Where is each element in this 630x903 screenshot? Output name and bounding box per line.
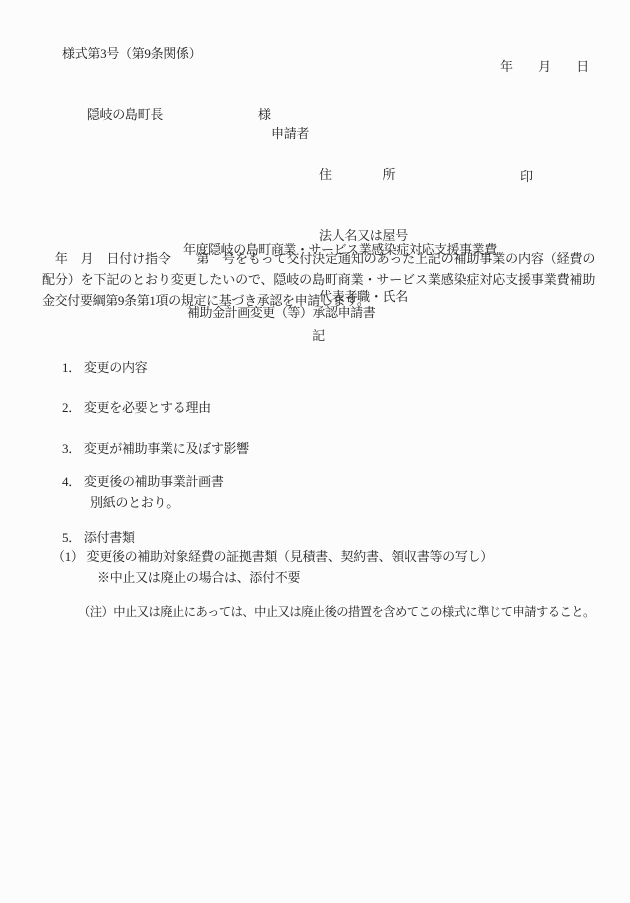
form-number: 様式第3号（第9条関係） (62, 44, 201, 64)
addressee-line: 隠岐の島町長様 (75, 85, 271, 145)
attachment-exemption-note: ※中止又は廃止の場合は、添付不要 (97, 568, 300, 588)
addressee-honorific: 様 (258, 107, 271, 122)
list-item-3-impact: 3． 変更が補助事業に及ぼす影響 (62, 439, 249, 459)
list-item-1-change-content: 1． 変更の内容 (62, 358, 147, 378)
date-line: 年 月 日 (500, 57, 589, 77)
applicant-label: 申請者 (271, 124, 309, 144)
document-page: 様式第3号（第9条関係） 年 月 日 隠岐の島町長様 申請者 住 所 法人名又は… (0, 0, 630, 903)
list-item-4-sub-note: 別紙のとおり。 (90, 493, 179, 513)
attachment-item-1: （1） 変更後の補助対象経費の証拠書類（見積書、契約書、領収書等の写し） (52, 547, 493, 567)
footnote: （注）中止又は廃止にあっては、中止又は廃止後の措置を含めてこの様式に準じて申請す… (78, 602, 600, 622)
addressee-name: 隠岐の島町長 (87, 107, 163, 122)
seal-mark: 印 (520, 166, 533, 187)
list-item-4-plan: 4． 変更後の補助事業計画書 (62, 472, 224, 492)
body-paragraph: 年 月 日付け指令 第 号をもって交付決定通知のあった上記の補助事業の内容（経費… (42, 248, 595, 311)
list-item-2-reason: 2． 変更を必要とする理由 (62, 398, 211, 418)
list-item-5-attachments: 5． 添付書類 (62, 528, 135, 548)
record-heading: 記 (42, 326, 595, 346)
applicant-address-label: 住 所 (319, 164, 408, 185)
